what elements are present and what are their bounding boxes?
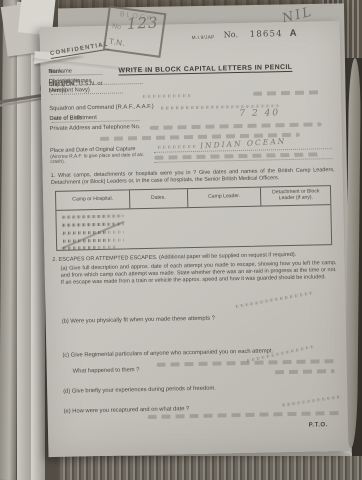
stamp-number-handwritten: 123 bbox=[127, 14, 159, 33]
stamp-initials: T.N. bbox=[108, 37, 125, 48]
field-address-label: Private Address and Telephone No. bbox=[50, 124, 141, 133]
question-2c-text: (c) Give Regimental particulars of anyon… bbox=[62, 348, 273, 358]
capture-handwritten-value: INDIAN OCEAN bbox=[200, 137, 287, 151]
col-camp-leader: Camp Leader. bbox=[187, 188, 261, 208]
pencil-mark bbox=[234, 291, 313, 308]
dates-column-entries bbox=[56, 210, 114, 211]
document-page: CONFIDENTIAL BLOCK No 123 T.N. M.I.9/JAP… bbox=[40, 21, 349, 457]
field-squadron-label: Squadron and Command (R.A.F., A.A.F.) bbox=[49, 104, 154, 113]
handwritten-entry bbox=[141, 94, 193, 98]
pencil-mark bbox=[281, 395, 341, 407]
camps-table: Camp or Hospital. Dates. Camp Leader. De… bbox=[55, 185, 332, 251]
folded-paper-edge bbox=[17, 2, 32, 480]
pto-footer: P.T.O. bbox=[308, 421, 328, 428]
serial-prefix: M.I.9/JAP bbox=[192, 35, 215, 40]
form-title: WRITE IN BLOCK CAPITAL LETTERS IN PENCIL bbox=[95, 63, 315, 75]
handwritten-entry bbox=[150, 122, 322, 130]
field-unit-label: Unit & Div. (Army) bbox=[49, 81, 91, 95]
question-1-text: 1. What camps, detachments or hospitals … bbox=[51, 167, 335, 187]
field-capture-label: Place and Date of Original Capture (Airc… bbox=[50, 146, 150, 166]
serial-series-letter: A bbox=[290, 28, 297, 39]
handwritten-entry bbox=[156, 145, 196, 149]
enlistment-handwritten-value: 7 2 40 bbox=[239, 108, 280, 119]
camps-table-body bbox=[56, 205, 331, 250]
question-2b-text: (b) Were you physically fit when you mad… bbox=[62, 316, 215, 325]
handwritten-entry bbox=[275, 369, 335, 374]
field-enlistment-label: Date of Enlistment bbox=[49, 115, 97, 123]
col-detachment-leader: Detachment or Block Leader (if any). bbox=[261, 186, 330, 205]
serial-number-line: M.I.9/JAP No. 18654 A bbox=[192, 27, 332, 44]
col-camp-or-hospital: Camp or Hospital. bbox=[56, 190, 130, 210]
field-surname-label: Surname bbox=[48, 69, 72, 76]
capture-note-text: (Aircrew R.A.F. to give place and date o… bbox=[50, 152, 150, 166]
detachment-column-entries bbox=[56, 209, 124, 210]
serial-number: 18654 bbox=[250, 29, 283, 40]
question-2e-text: (e) How were you recaptured and on what … bbox=[64, 406, 190, 415]
question-2c-followup-text: What happened to them ? bbox=[73, 367, 140, 374]
col-dates: Dates. bbox=[130, 189, 188, 208]
handwritten-entry bbox=[253, 90, 323, 95]
stamp-no-label: No bbox=[112, 23, 122, 31]
serial-no-label: No. bbox=[224, 30, 238, 39]
question-2a-text: (a) Give full description and approx. da… bbox=[61, 260, 337, 287]
question-2d-text: (d) Give briefly your experiences during… bbox=[63, 386, 216, 395]
block-number-stamp: BLOCK No 123 T.N. bbox=[103, 5, 167, 57]
